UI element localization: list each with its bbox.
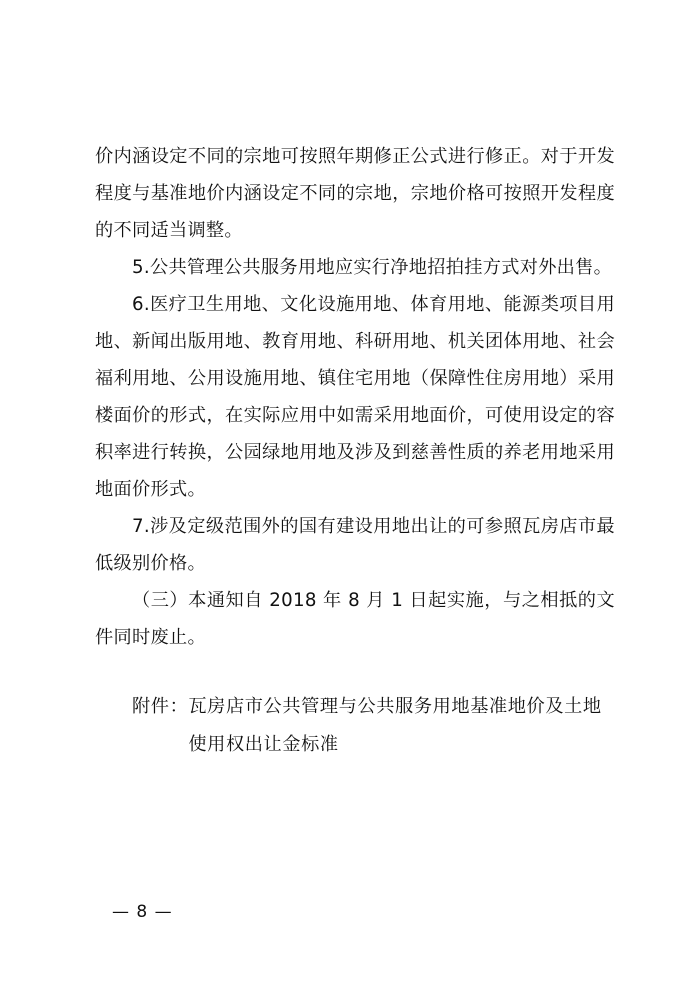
- paragraph-item-5: 5.公共管理公共服务用地应实行净地招拍挂方式对外出售。: [95, 249, 615, 286]
- page-number: — 8 —: [112, 902, 173, 922]
- document-body: 价内涵设定不同的宗地可按照年期修正公式进行修正。对于开发程度与基准地价内涵设定不…: [95, 138, 615, 656]
- attachment-title: 瓦房店市公共管理与公共服务用地基准地价及土地使用权出让金标准: [188, 688, 617, 764]
- paragraph-item-7: 7.涉及定级范围外的国有建设用地出让的可参照瓦房店市最低级别价格。: [95, 508, 615, 582]
- paragraph-item-6: 6.医疗卫生用地、文化设施用地、体育用地、能源类项目用地、新闻出版用地、教育用地…: [95, 286, 615, 508]
- document-page: 价内涵设定不同的宗地可按照年期修正公式进行修正。对于开发程度与基准地价内涵设定不…: [0, 0, 700, 990]
- attachment-note: 附件： 瓦房店市公共管理与公共服务用地基准地价及土地使用权出让金标准: [132, 688, 617, 764]
- paragraph-price-adjustment: 价内涵设定不同的宗地可按照年期修正公式进行修正。对于开发程度与基准地价内涵设定不…: [95, 138, 615, 249]
- attachment-label: 附件：: [132, 688, 188, 764]
- paragraph-effective-date: （三）本通知自 2018 年 8 月 1 日起实施，与之相抵的文件同时废止。: [95, 582, 615, 656]
